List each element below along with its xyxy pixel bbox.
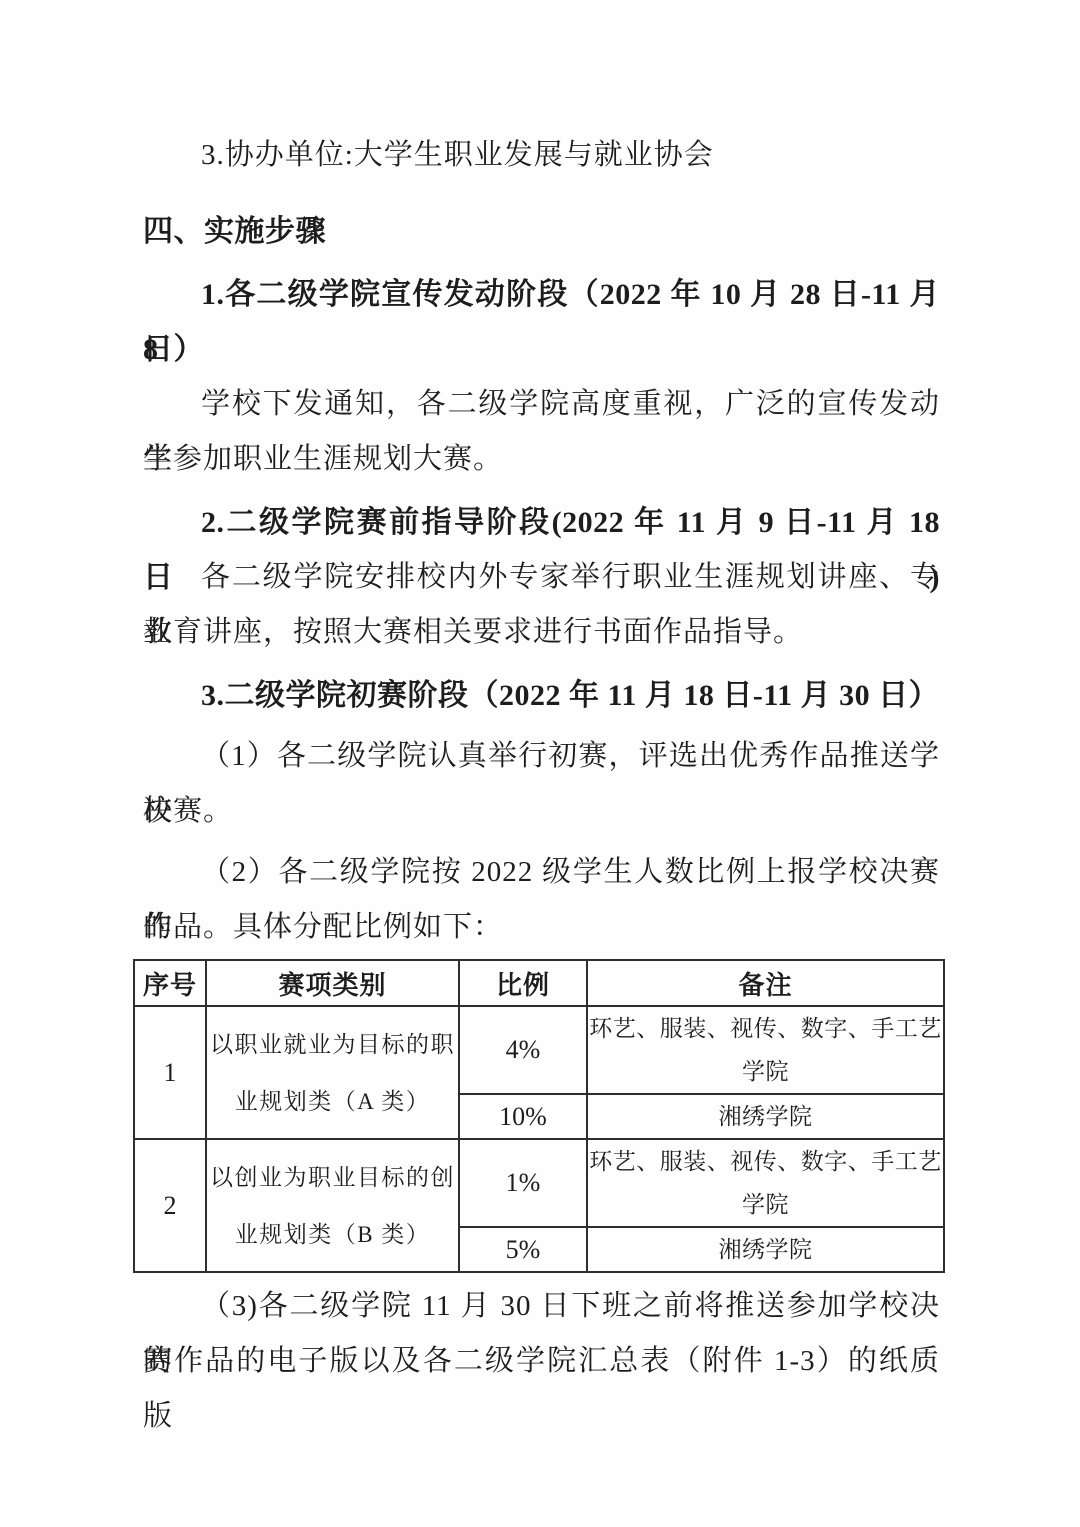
text-line: （2）各二级学院按 2022 级学生人数比例上报学校决赛的 [143, 845, 940, 900]
table-header-row: 序号赛项类别比例备注 [134, 960, 944, 1006]
table-cell-ratio: 10% [459, 1094, 587, 1139]
note-text-line: 环艺、服装、视传、数字、手工艺 [588, 1140, 943, 1183]
stage-1-heading: 1.各二级学院宣传发动阶段（2022 年 10 月 28 日-11 月 8日） [143, 267, 940, 377]
co-organizer-line: 3.协办单位:大学生职业发展与就业协会 [143, 128, 940, 183]
stage-1-body: 学校下发通知，各二级学院高度重视，广泛的宣传发动学生参加职业生涯规划大赛。 [143, 377, 940, 487]
column-header-serial: 序号 [134, 960, 206, 1006]
note-text-line: 湘绣学院 [588, 1095, 943, 1138]
table-cell-serial: 1 [134, 1006, 206, 1139]
stage-3-item-1: （1）各二级学院认真举行初赛，评选出优秀作品推送学校决赛。 [143, 729, 940, 839]
table-cell-note: 环艺、服装、视传、数字、手工艺学院 [587, 1006, 944, 1094]
table-cell-note: 湘绣学院 [587, 1227, 944, 1272]
text-line: 作品。具体分配比例如下： [143, 900, 940, 955]
text-line: 的作品的电子版以及各二级学院汇总表（附件 1-3）的纸质版 [143, 1334, 940, 1389]
column-header-category: 赛项类别 [206, 960, 459, 1006]
text-line: 各二级学院安排校内外专家举行职业生涯规划讲座、专业 [143, 550, 940, 605]
note-text-line: 学院 [588, 1050, 943, 1093]
text-line: 日） [143, 322, 940, 377]
text-line: 四、实施步骤 [143, 204, 940, 259]
column-header-ratio: 比例 [459, 960, 587, 1006]
text-line: 2.二级学院赛前指导阶段(2022 年 11 月 9 日-11 月 18 日) [143, 495, 940, 550]
table-cell-ratio: 1% [459, 1139, 587, 1227]
table-cell-category: 以创业为职业目标的创业规划类（B 类） [206, 1139, 459, 1272]
stage-3-item-2: （2）各二级学院按 2022 级学生人数比例上报学校决赛的作品。具体分配比例如下… [143, 845, 940, 955]
category-text-line: 业规划类（B 类） [207, 1206, 458, 1263]
text-line: 1.各二级学院宣传发动阶段（2022 年 10 月 28 日-11 月 8 [143, 267, 940, 322]
text-line: 3.二级学院初赛阶段（2022 年 11 月 18 日-11 月 30 日） [143, 668, 940, 723]
table-row: 1以职业就业为目标的职业规划类（A 类）4%环艺、服装、视传、数字、手工艺学院 [134, 1006, 944, 1094]
category-text-line: 以创业为职业目标的创 [207, 1149, 458, 1206]
table-cell-category: 以职业就业为目标的职业规划类（A 类） [206, 1006, 459, 1139]
table-body: 1以职业就业为目标的职业规划类（A 类）4%环艺、服装、视传、数字、手工艺学院1… [134, 1006, 944, 1272]
stage-2-body: 各二级学院安排校内外专家举行职业生涯规划讲座、专业教育讲座，按照大赛相关要求进行… [143, 550, 940, 660]
table-row: 2以创业为职业目标的创业规划类（B 类）1%环艺、服装、视传、数字、手工艺学院 [134, 1139, 944, 1227]
note-text-line: 湘绣学院 [588, 1228, 943, 1271]
note-text-line: 学院 [588, 1183, 943, 1226]
text-line: （1）各二级学院认真举行初赛，评选出优秀作品推送学校 [143, 729, 940, 784]
text-line: 教育讲座，按照大赛相关要求进行书面作品指导。 [143, 605, 940, 660]
stage-2-heading: 2.二级学院赛前指导阶段(2022 年 11 月 9 日-11 月 18 日) [143, 495, 940, 550]
section-heading-implementation-steps: 四、实施步骤 [143, 204, 940, 259]
category-text-line: 业规划类（A 类） [207, 1073, 458, 1130]
stage-3-heading: 3.二级学院初赛阶段（2022 年 11 月 18 日-11 月 30 日） [143, 668, 940, 723]
text-line: 生参加职业生涯规划大赛。 [143, 432, 940, 487]
text-line: 3.协办单位:大学生职业发展与就业协会 [143, 128, 940, 183]
document-body: 3.协办单位:大学生职业发展与就业协会四、实施步骤1.各二级学院宣传发动阶段（2… [143, 128, 940, 1389]
stage-3-item-3: （3)各二级学院 11 月 30 日下班之前将推送参加学校决赛的作品的电子版以及… [143, 1279, 940, 1389]
text-line: 决赛。 [143, 784, 940, 839]
document-page: 3.协办单位:大学生职业发展与就业协会四、实施步骤1.各二级学院宣传发动阶段（2… [0, 0, 1080, 1527]
allocation-table: 序号赛项类别比例备注1以职业就业为目标的职业规划类（A 类）4%环艺、服装、视传… [133, 959, 945, 1273]
text-line: （3)各二级学院 11 月 30 日下班之前将推送参加学校决赛 [143, 1279, 940, 1334]
table-cell-note: 环艺、服装、视传、数字、手工艺学院 [587, 1139, 944, 1227]
table-header: 序号赛项类别比例备注 [134, 960, 944, 1006]
text-line: 学校下发通知，各二级学院高度重视，广泛的宣传发动学 [143, 377, 940, 432]
table-cell-note: 湘绣学院 [587, 1094, 944, 1139]
category-text-line: 以职业就业为目标的职 [207, 1016, 458, 1073]
column-header-note: 备注 [587, 960, 944, 1006]
table-cell-serial: 2 [134, 1139, 206, 1272]
table-cell-ratio: 5% [459, 1227, 587, 1272]
note-text-line: 环艺、服装、视传、数字、手工艺 [588, 1007, 943, 1050]
table-cell-ratio: 4% [459, 1006, 587, 1094]
